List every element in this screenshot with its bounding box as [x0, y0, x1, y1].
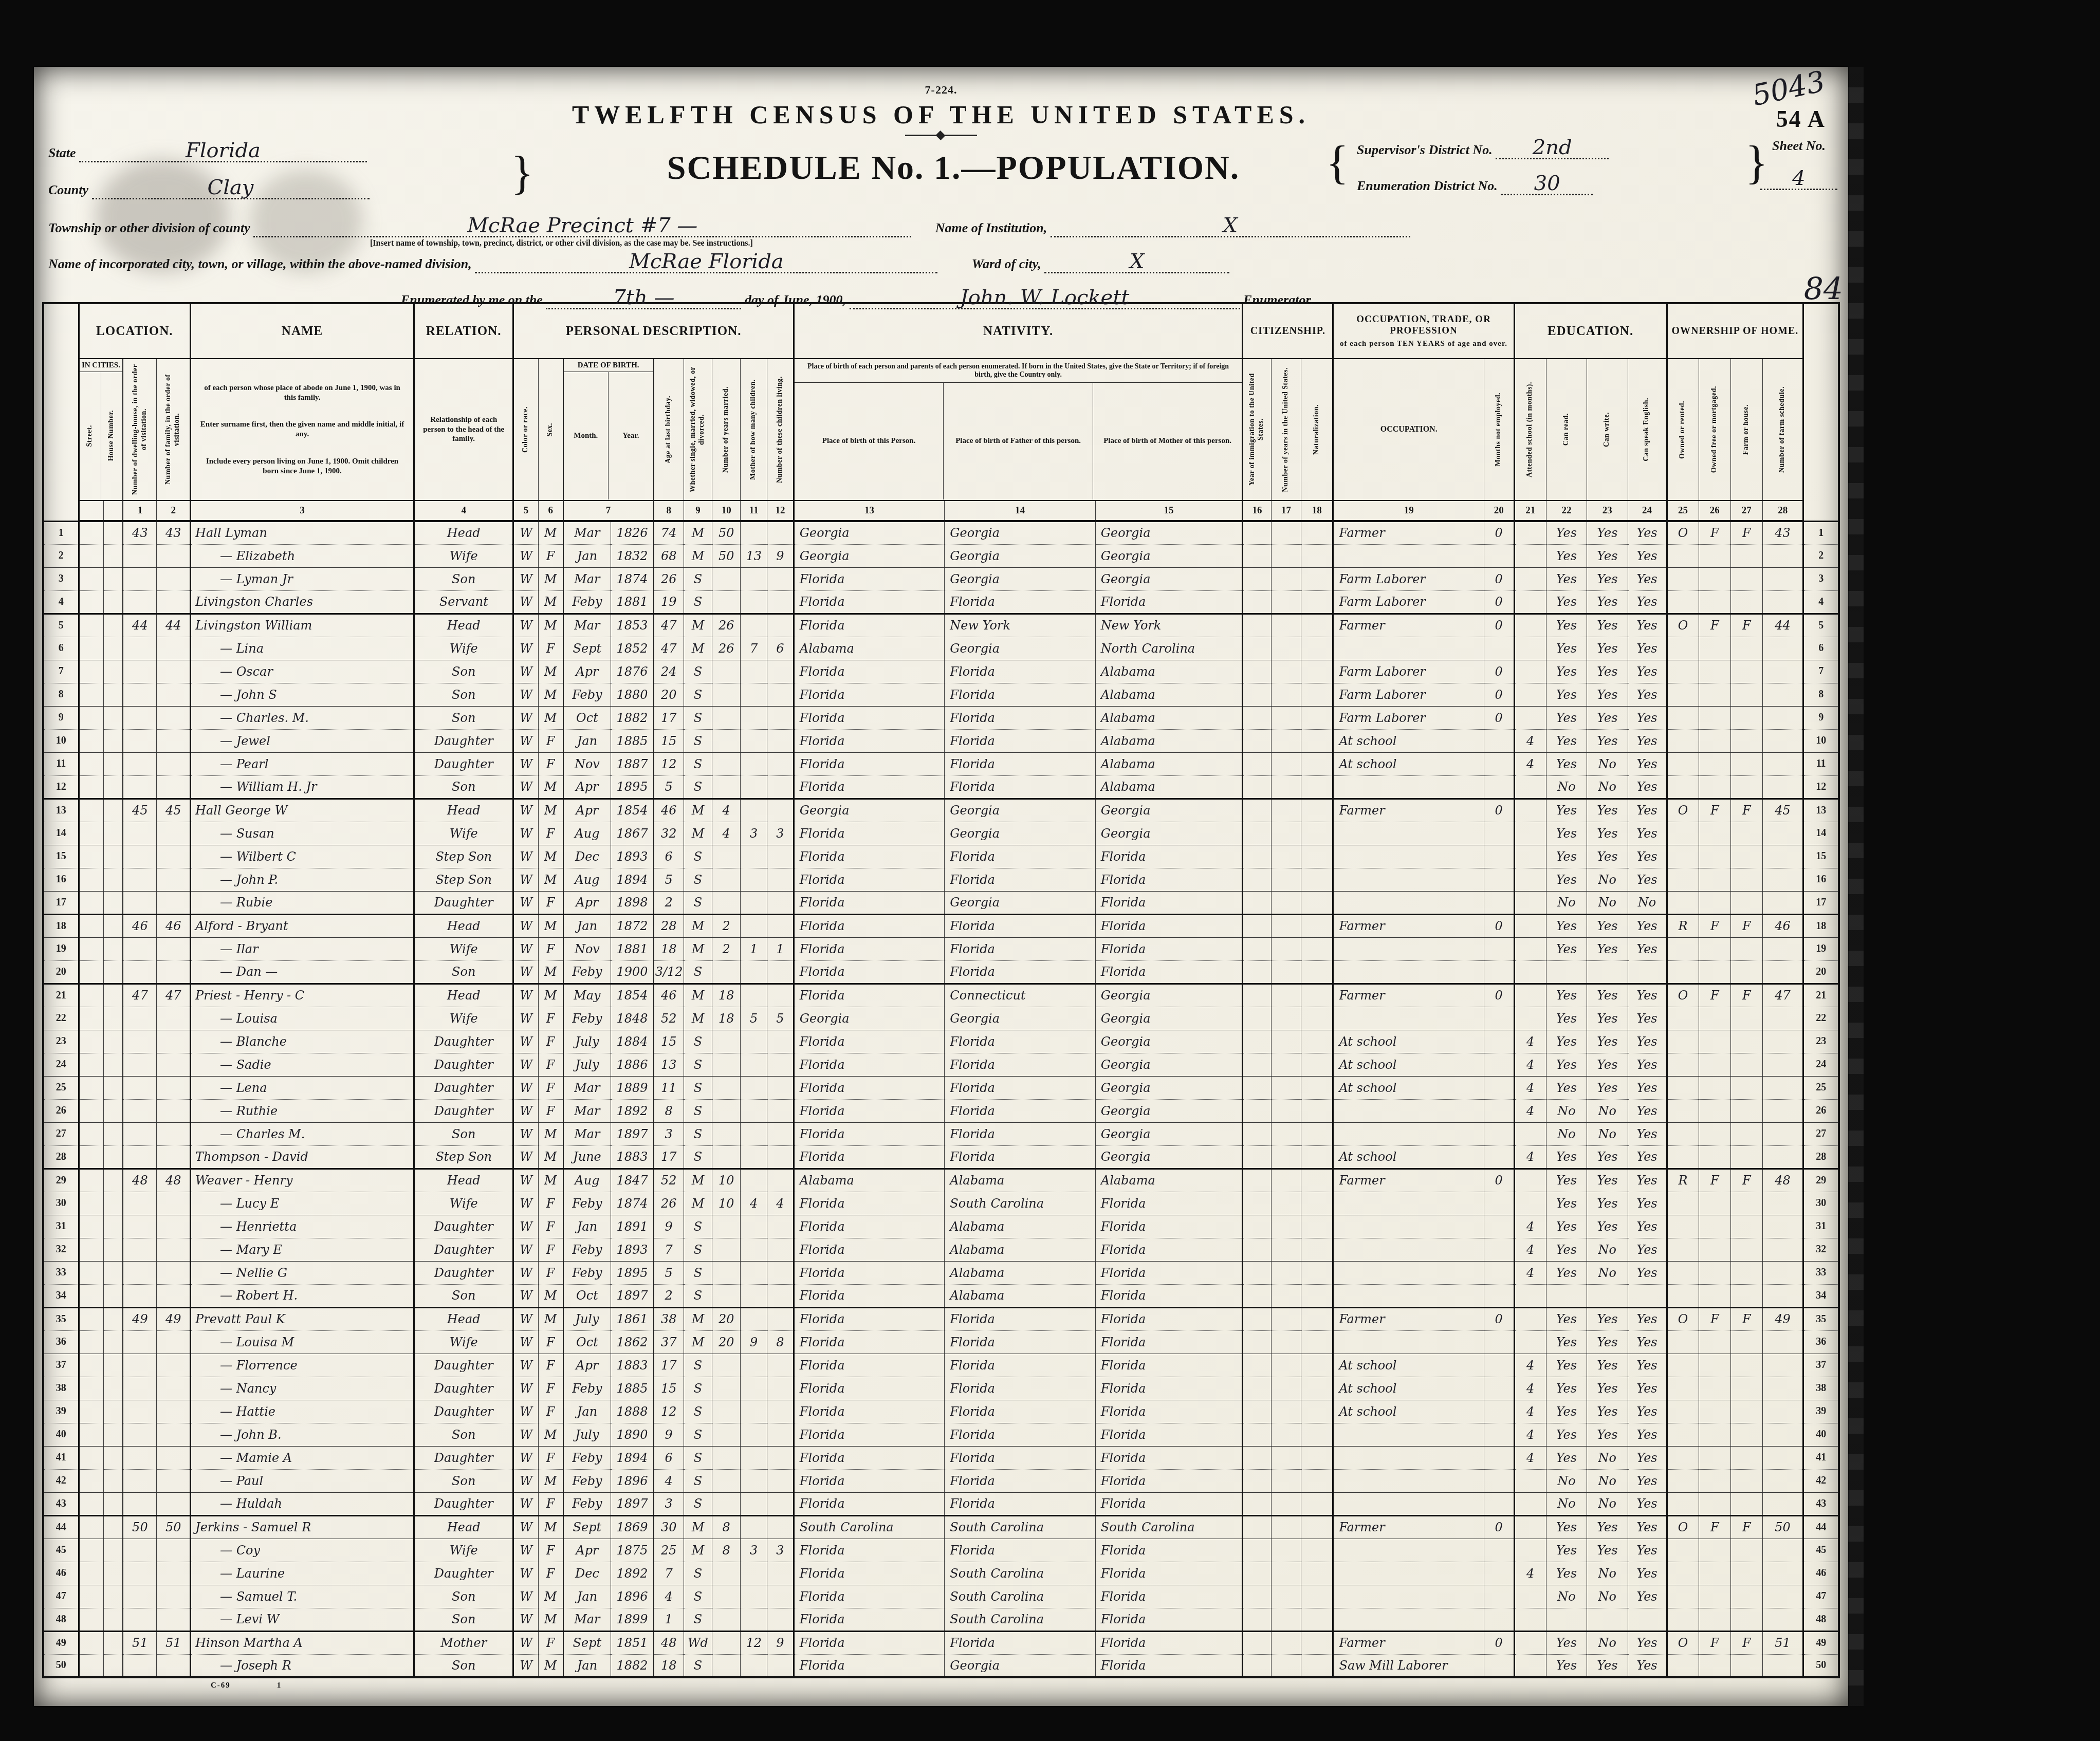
cell-mne: 0	[1484, 984, 1514, 1007]
cell-kidsliv	[767, 1169, 794, 1192]
cell-fsch	[1762, 822, 1803, 845]
cell-rel: Daughter	[414, 1215, 513, 1238]
cell-nat	[1301, 1192, 1333, 1215]
cell-nat	[1301, 984, 1333, 1007]
cell-fam	[157, 1284, 191, 1307]
cell-eng: Yes	[1628, 683, 1667, 706]
cell-mkids	[741, 1284, 767, 1307]
cell-read: Yes	[1546, 1354, 1587, 1377]
cell-line: 33	[43, 1261, 79, 1284]
cell-line: 7	[1803, 660, 1839, 683]
cell-dw	[123, 1377, 157, 1400]
cell-yrsm	[712, 752, 741, 775]
cell-kidsliv	[767, 729, 794, 752]
cell-pobm: Florida	[1095, 868, 1243, 891]
cell-own	[1667, 637, 1699, 660]
cell-color: W	[513, 1608, 538, 1631]
cell-name: — Wilbert C	[191, 845, 414, 868]
cell-nat	[1301, 1539, 1333, 1562]
cell-pob: Florida	[794, 1122, 944, 1145]
cell-dw	[123, 960, 157, 984]
cell-yrsus	[1271, 937, 1301, 960]
cell-write: Yes	[1587, 544, 1628, 567]
cell-street	[79, 637, 103, 660]
cell-pobf: South Carolina	[945, 1585, 1095, 1608]
cell-mne	[1484, 1562, 1514, 1585]
cell-farm	[1730, 567, 1762, 590]
cell-imm	[1243, 567, 1271, 590]
cell-read: Yes	[1546, 1076, 1587, 1099]
cell-name: — Nancy	[191, 1377, 414, 1400]
cell-fam	[157, 1400, 191, 1423]
cell-imm	[1243, 544, 1271, 567]
cell-line: 37	[43, 1354, 79, 1377]
cell-yrsm	[712, 1076, 741, 1099]
cell-farm: F	[1730, 1169, 1762, 1192]
cell-own	[1667, 1145, 1699, 1169]
cell-farm	[1730, 660, 1762, 683]
cell-own: O	[1667, 1515, 1699, 1539]
cell-yrsm	[712, 1562, 741, 1585]
cell-mar: M	[684, 914, 712, 937]
family-number-label: Number of family, in the order of visita…	[164, 362, 182, 497]
cell-read: Yes	[1546, 1539, 1587, 1562]
cell-imm	[1243, 1330, 1271, 1354]
cell-mkids	[741, 1076, 767, 1099]
cell-occ	[1333, 1238, 1484, 1261]
cell-rel: Son	[414, 960, 513, 984]
cell-own	[1667, 1099, 1699, 1122]
cell-fsch	[1762, 960, 1803, 984]
cell-house	[103, 660, 123, 683]
cell-house	[103, 1562, 123, 1585]
cell-yrsus	[1271, 1053, 1301, 1076]
cell-line: 5	[1803, 614, 1839, 637]
cell-kidsliv	[767, 683, 794, 706]
cell-write: No	[1587, 891, 1628, 914]
cell-imm	[1243, 1354, 1271, 1377]
cell-dw	[123, 1122, 157, 1145]
cell-street	[79, 590, 103, 614]
cell-pobm: Georgia	[1095, 521, 1243, 544]
cell-dw	[123, 1192, 157, 1215]
cell-pobf: Florida	[945, 1423, 1095, 1446]
cell-line: 36	[43, 1330, 79, 1354]
cell-imm	[1243, 1423, 1271, 1446]
cell-street	[79, 868, 103, 891]
cell-house	[103, 1585, 123, 1608]
cell-farm	[1730, 1585, 1762, 1608]
cell-sex: M	[538, 1515, 563, 1539]
cell-house	[103, 1145, 123, 1169]
person-row: 4Livingston CharlesServantWMFeby188119SF…	[43, 590, 1839, 614]
cell-read: Yes	[1546, 1631, 1587, 1654]
cell-street	[79, 1145, 103, 1169]
cell-sch	[1514, 1192, 1546, 1215]
cell-yrsm: 20	[712, 1330, 741, 1354]
cell-color: W	[513, 1053, 538, 1076]
cell-house	[103, 752, 123, 775]
cell-farm: F	[1730, 984, 1762, 1007]
cell-pobf: Florida	[945, 868, 1095, 891]
cell-mar: S	[684, 1076, 712, 1099]
cell-mne	[1484, 729, 1514, 752]
cell-sex: M	[538, 1585, 563, 1608]
person-row: 54444Livingston WilliamHeadWMMar185347M2…	[43, 614, 1839, 637]
cell-imm	[1243, 775, 1271, 799]
person-row: 40— John B.SonWMJuly18909SFloridaFlorida…	[43, 1423, 1839, 1446]
cell-kidsliv	[767, 1608, 794, 1631]
cell-nat	[1301, 1585, 1333, 1608]
cell-name: — Joseph R	[191, 1654, 414, 1677]
cell-imm	[1243, 1654, 1271, 1677]
cell-mne	[1484, 891, 1514, 914]
cell-sch: 4	[1514, 1562, 1546, 1585]
cell-mkids	[741, 1400, 767, 1423]
cell-read: Yes	[1546, 1169, 1587, 1192]
cell-mne: 0	[1484, 1307, 1514, 1330]
cell-kidsliv	[767, 891, 794, 914]
cell-age: 3/12	[654, 960, 684, 984]
cell-pob: Georgia	[794, 799, 944, 822]
cell-line: 3	[1803, 567, 1839, 590]
cell-line: 41	[1803, 1446, 1839, 1469]
cell-house	[103, 1076, 123, 1099]
cell-sch	[1514, 984, 1546, 1007]
cell-pob: Alabama	[794, 1169, 944, 1192]
enumeration-district-label: Enumeration District No.	[1357, 178, 1498, 193]
cell-imm	[1243, 1608, 1271, 1631]
cell-bmonth: Feby	[563, 1446, 611, 1469]
cell-name: — Huldah	[191, 1492, 414, 1515]
cell-name: — Ilar	[191, 937, 414, 960]
cell-fam: 43	[157, 521, 191, 544]
cell-occ	[1333, 1192, 1484, 1215]
cell-fam	[157, 1145, 191, 1169]
column-number-row: 1 2 3 4 5 6 7 8 9 10 11 12 13 14 15 16 1…	[43, 501, 1839, 521]
cell-pob: Florida	[794, 984, 944, 1007]
cell-eng: Yes	[1628, 1122, 1667, 1145]
scanned-census-page: { "scan": { "page_number_top": "5043", "…	[0, 0, 2100, 1741]
cell-color: W	[513, 775, 538, 799]
cell-bmonth: Feby	[563, 1469, 611, 1492]
cell-name: — Sadie	[191, 1053, 414, 1076]
cell-eng: Yes	[1628, 521, 1667, 544]
cell-line: 9	[43, 706, 79, 729]
cell-sch: 4	[1514, 1423, 1546, 1446]
cell-line: 32	[1803, 1238, 1839, 1261]
cell-street	[79, 1053, 103, 1076]
cell-pobf: Florida	[945, 914, 1095, 937]
cell-occ: At school	[1333, 1145, 1484, 1169]
owned-rented-label: Owned or rented.	[1679, 401, 1687, 459]
cell-house	[103, 1539, 123, 1562]
cell-street	[79, 1492, 103, 1515]
cell-kidsliv	[767, 1238, 794, 1261]
cell-mar: M	[684, 544, 712, 567]
cell-yrsus	[1271, 775, 1301, 799]
cell-occ: At school	[1333, 1053, 1484, 1076]
cell-name: — Paul	[191, 1469, 414, 1492]
cell-sex: M	[538, 984, 563, 1007]
cell-dw: 51	[123, 1631, 157, 1654]
cell-pobf: Florida	[945, 845, 1095, 868]
state-county-block: State Florida County Clay }	[48, 141, 490, 215]
cell-house	[103, 1053, 123, 1076]
cell-write: No	[1587, 1562, 1628, 1585]
cell-street	[79, 660, 103, 683]
cell-bmonth: Jan	[563, 1654, 611, 1677]
cell-eng: Yes	[1628, 614, 1667, 637]
cell-byear: 1869	[611, 1515, 654, 1539]
sheet-block: Sheet No. 4	[1753, 138, 1845, 190]
cell-house	[103, 984, 123, 1007]
cell-sex: F	[538, 729, 563, 752]
cell-pobm: Georgia	[1095, 1007, 1243, 1030]
cell-sex: M	[538, 706, 563, 729]
cell-write: No	[1587, 868, 1628, 891]
cell-occ	[1333, 868, 1484, 891]
cell-mar: M	[684, 822, 712, 845]
cell-rel: Son	[414, 775, 513, 799]
cell-mort	[1699, 660, 1730, 683]
cell-age: 25	[654, 1539, 684, 1562]
cell-color: W	[513, 1377, 538, 1400]
cell-sch	[1514, 960, 1546, 984]
cell-own	[1667, 775, 1699, 799]
cell-house	[103, 614, 123, 637]
cell-pob: Florida	[794, 960, 944, 984]
cell-fsch	[1762, 1099, 1803, 1122]
cell-imm	[1243, 1053, 1271, 1076]
cell-age: 17	[654, 1354, 684, 1377]
cell-mort	[1699, 1608, 1730, 1631]
cell-yrsus	[1271, 1169, 1301, 1192]
cell-line: 42	[43, 1469, 79, 1492]
cell-pobm: Florida	[1095, 1654, 1243, 1677]
cell-pobf: Florida	[945, 1469, 1095, 1492]
cell-mar: S	[684, 1492, 712, 1515]
cell-read: Yes	[1546, 1400, 1587, 1423]
cell-pobm: Florida	[1095, 1400, 1243, 1423]
cell-yrsus	[1271, 845, 1301, 868]
cell-sch	[1514, 706, 1546, 729]
cell-pob: Florida	[794, 729, 944, 752]
cell-age: 5	[654, 1261, 684, 1284]
cell-mar: S	[684, 660, 712, 683]
cell-color: W	[513, 799, 538, 822]
cell-pobf: Georgia	[945, 891, 1095, 914]
cell-imm	[1243, 799, 1271, 822]
cell-read: Yes	[1546, 1330, 1587, 1354]
cell-dw	[123, 567, 157, 590]
cell-street	[79, 1030, 103, 1053]
cell-sch: 4	[1514, 729, 1546, 752]
cell-imm	[1243, 1446, 1271, 1469]
table-body: 14343Hall LymanHeadWMMar182674M50Georgia…	[43, 521, 1839, 1677]
cell-fam	[157, 706, 191, 729]
cell-pob: Florida	[794, 1215, 944, 1238]
cell-line: 2	[43, 544, 79, 567]
cell-pobm: Florida	[1095, 914, 1243, 937]
cell-dw: 48	[123, 1169, 157, 1192]
cell-eng: Yes	[1628, 1145, 1667, 1169]
cell-dw	[123, 845, 157, 868]
cell-read: Yes	[1546, 1515, 1587, 1539]
cell-sch	[1514, 1169, 1546, 1192]
census-title: TWELFTH CENSUS OF THE UNITED STATES.	[41, 100, 1841, 129]
cell-fsch	[1762, 1238, 1803, 1261]
cell-name: — Rubie	[191, 891, 414, 914]
cell-mar: M	[684, 521, 712, 544]
cell-yrsus	[1271, 1122, 1301, 1145]
cell-house	[103, 1030, 123, 1053]
cell-street	[79, 1515, 103, 1539]
cell-rel: Daughter	[414, 729, 513, 752]
cell-dw	[123, 1076, 157, 1099]
cell-mkids	[741, 660, 767, 683]
cell-line: 28	[1803, 1145, 1839, 1169]
cell-write: No	[1587, 1238, 1628, 1261]
cell-pobf: Florida	[945, 1053, 1095, 1076]
cell-street	[79, 706, 103, 729]
cell-line: 26	[43, 1099, 79, 1122]
city-line: Name of incorporated city, town, or vill…	[48, 252, 1832, 273]
cell-bmonth: Feby	[563, 1007, 611, 1030]
free-mortgaged-label: Owned free or mortgaged.	[1710, 386, 1719, 473]
cell-mort	[1699, 845, 1730, 868]
cell-mar: M	[684, 984, 712, 1007]
cell-color: W	[513, 637, 538, 660]
cell-line: 34	[43, 1284, 79, 1307]
cell-pobf: Florida	[945, 1377, 1095, 1400]
cell-mne	[1484, 1400, 1514, 1423]
cell-yrsm	[712, 590, 741, 614]
cell-fsch	[1762, 637, 1803, 660]
cell-own	[1667, 1076, 1699, 1099]
cell-own	[1667, 1539, 1699, 1562]
cell-mkids	[741, 1169, 767, 1192]
cell-yrsm	[712, 1585, 741, 1608]
cell-fam	[157, 1076, 191, 1099]
cell-dw	[123, 1215, 157, 1238]
nativity-block: Place of birth of each person and parent…	[794, 359, 1243, 501]
county-label: County	[48, 182, 88, 197]
cell-fam	[157, 1562, 191, 1585]
cell-sex: M	[538, 590, 563, 614]
cell-color: W	[513, 1238, 538, 1261]
cell-kidsliv	[767, 706, 794, 729]
cell-house	[103, 706, 123, 729]
cell-eng: Yes	[1628, 1330, 1667, 1354]
cell-sex: M	[538, 614, 563, 637]
cell-sch: 4	[1514, 1053, 1546, 1076]
cell-kidsliv	[767, 660, 794, 683]
cell-mar: S	[684, 960, 712, 984]
cell-mort: F	[1699, 521, 1730, 544]
cell-line: 3	[43, 567, 79, 590]
cell-occ	[1333, 1469, 1484, 1492]
cell-fam	[157, 1215, 191, 1238]
cell-bmonth: Mar	[563, 521, 611, 544]
cell-rel: Wife	[414, 1192, 513, 1215]
cell-line: 23	[1803, 1030, 1839, 1053]
cell-write	[1587, 1608, 1628, 1631]
cell-mar: S	[684, 1377, 712, 1400]
cell-bmonth: Mar	[563, 1122, 611, 1145]
cell-mar: S	[684, 1400, 712, 1423]
cell-write: Yes	[1587, 1400, 1628, 1423]
cell-imm	[1243, 1631, 1271, 1654]
cell-age: 9	[654, 1423, 684, 1446]
cell-mort: F	[1699, 1169, 1730, 1192]
cell-occ: Farm Laborer	[1333, 567, 1484, 590]
cell-fam: 44	[157, 614, 191, 637]
cell-kidsliv	[767, 1030, 794, 1053]
cell-pob: Florida	[794, 937, 944, 960]
cell-pobm: Georgia	[1095, 1122, 1243, 1145]
cell-read	[1546, 1284, 1587, 1307]
cell-house	[103, 1169, 123, 1192]
month-label: Month.	[564, 372, 609, 499]
state-label: State	[48, 145, 76, 160]
cell-mort	[1699, 868, 1730, 891]
cell-kidsliv: 9	[767, 1631, 794, 1654]
cell-bmonth: Mar	[563, 567, 611, 590]
cell-yrsm	[712, 1446, 741, 1469]
person-row: 14— SusanWifeWFAug186732M433FloridaGeorg…	[43, 822, 1839, 845]
cell-mort	[1699, 544, 1730, 567]
cell-pobm: Alabama	[1095, 683, 1243, 706]
cell-sex: M	[538, 1654, 563, 1677]
cell-eng: Yes	[1628, 822, 1667, 845]
cell-pobm: Florida	[1095, 1354, 1243, 1377]
cell-rel: Son	[414, 1585, 513, 1608]
cell-pobf: Florida	[945, 1631, 1095, 1654]
cell-rel: Step Son	[414, 1145, 513, 1169]
cell-dw	[123, 1423, 157, 1446]
cell-imm	[1243, 1215, 1271, 1238]
cell-age: 12	[654, 1400, 684, 1423]
cell-age: 24	[654, 660, 684, 683]
cell-imm	[1243, 729, 1271, 752]
cell-nat	[1301, 1122, 1333, 1145]
cell-pob: Florida	[794, 1446, 944, 1469]
person-row: 31— HenriettaDaughterWFJan18919SFloridaA…	[43, 1215, 1839, 1238]
cell-occ: Saw Mill Laborer	[1333, 1654, 1484, 1677]
cell-pobf: South Carolina	[945, 1608, 1095, 1631]
cell-dw	[123, 1492, 157, 1515]
cell-eng: No	[1628, 891, 1667, 914]
cell-mkids	[741, 1354, 767, 1377]
cell-line: 18	[1803, 914, 1839, 937]
cell-house	[103, 1377, 123, 1400]
cell-color: W	[513, 660, 538, 683]
person-row: 15— Wilbert CStep SonWMDec18936SFloridaF…	[43, 845, 1839, 868]
cell-fam	[157, 775, 191, 799]
cell-write: No	[1587, 775, 1628, 799]
cell-name: — Levi W	[191, 1608, 414, 1631]
cell-byear: 1900	[611, 960, 654, 984]
county-value: Clay	[208, 176, 254, 199]
cell-sex: F	[538, 1354, 563, 1377]
supervisor-district-value: 2nd	[1533, 136, 1572, 159]
cell-fsch	[1762, 1469, 1803, 1492]
cell-street	[79, 1192, 103, 1215]
dwelling-number-label: Number of dwelling-house, in the order o…	[132, 362, 149, 497]
cell-dw: 47	[123, 984, 157, 1007]
cell-read: Yes	[1546, 1423, 1587, 1446]
